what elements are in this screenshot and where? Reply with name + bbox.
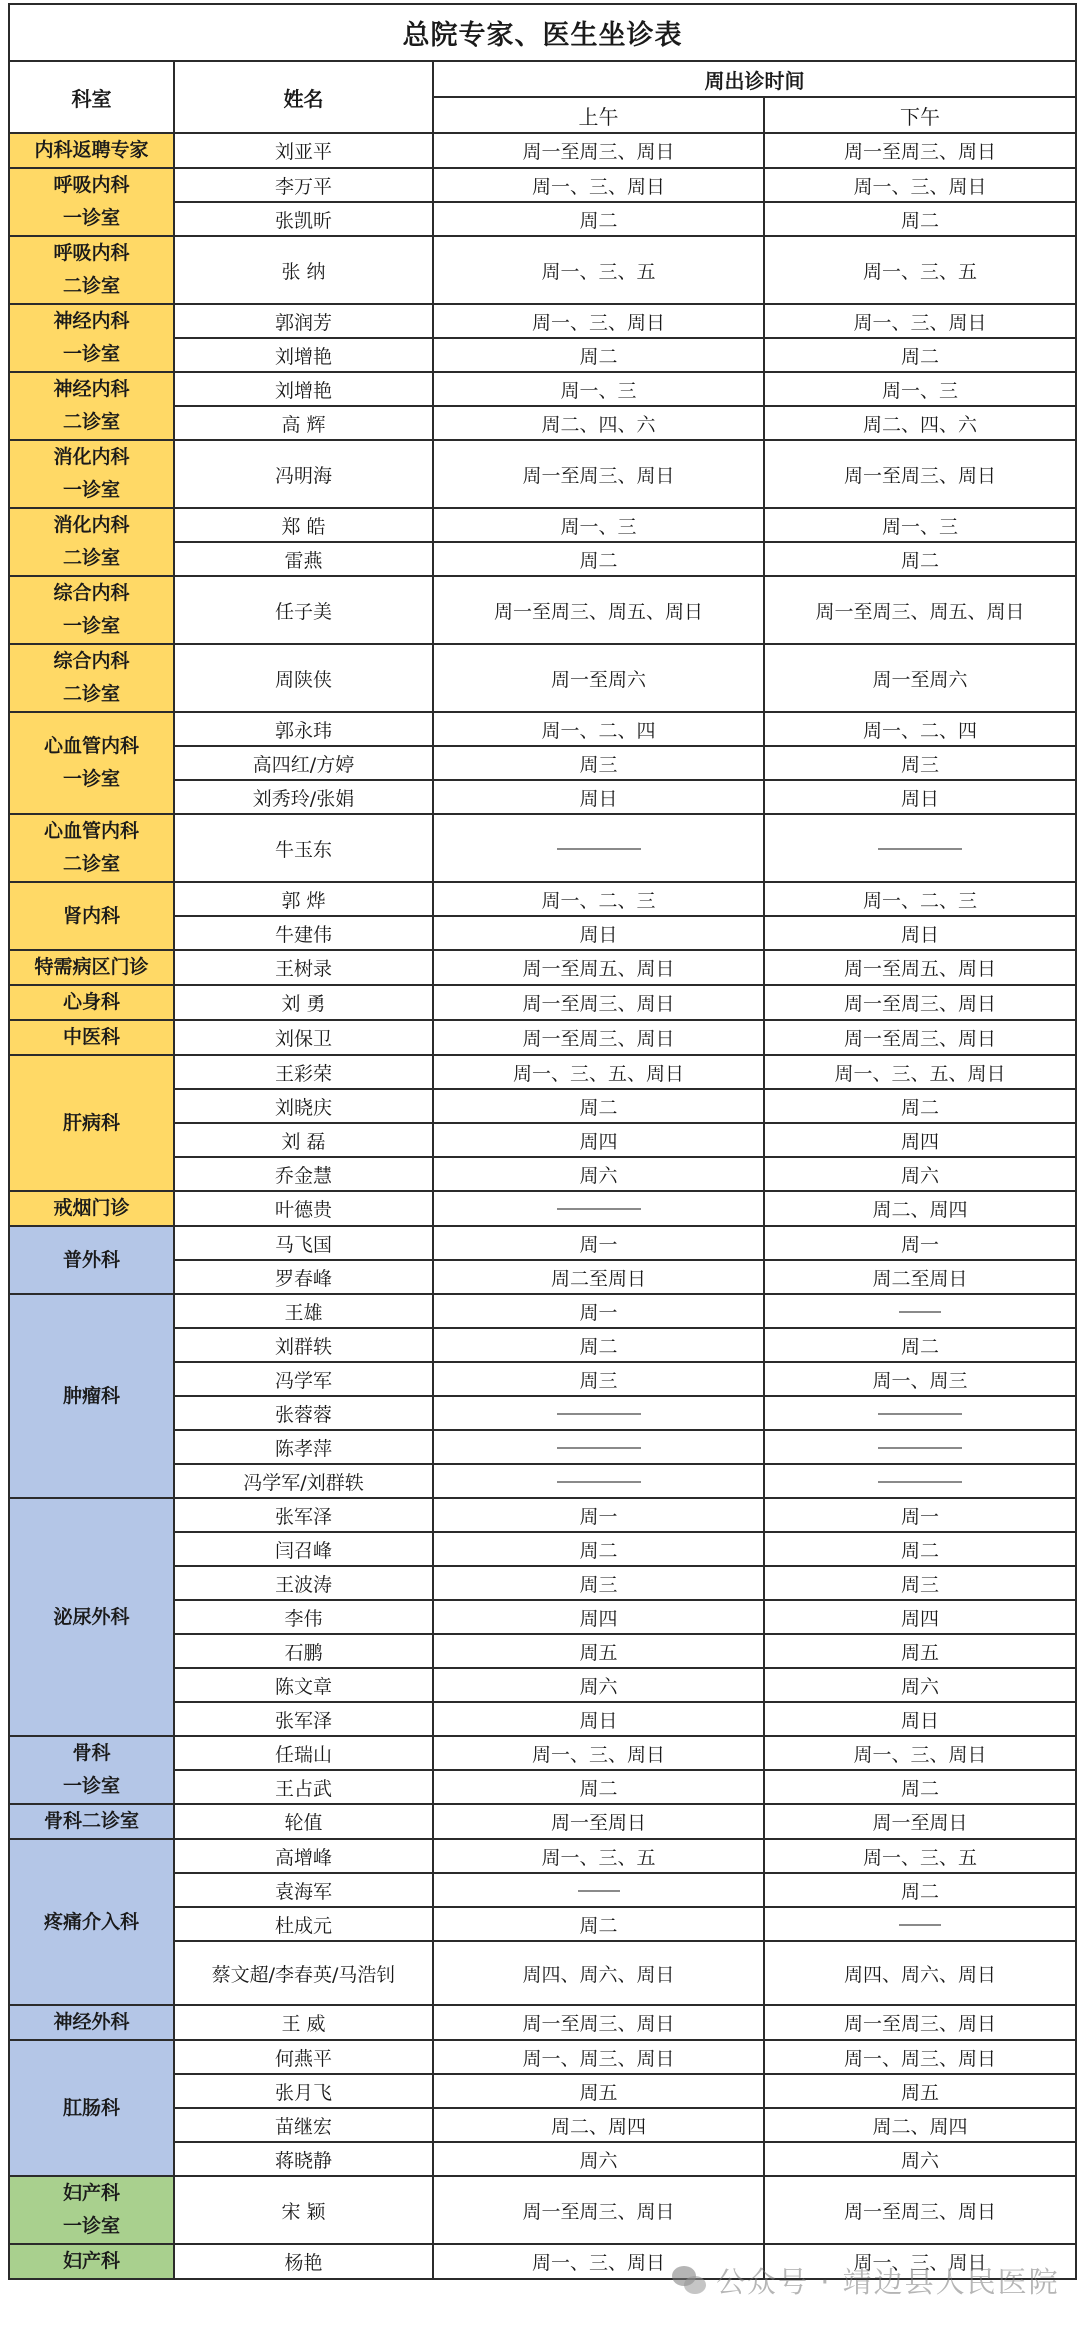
afternoon-schedule-cell: 周二 — [764, 1328, 1076, 1362]
table-row: 肿瘤科王雄周一 — [9, 1294, 1076, 1328]
schedule-text: 周一、周三、周日 — [844, 2048, 996, 2070]
schedule-text: 周二、周四 — [872, 2116, 967, 2138]
afternoon-schedule-cell: 周一 — [764, 1498, 1076, 1532]
schedule-text: 周三 — [579, 1370, 617, 1392]
dept-label-line: 戒烟门诊 — [12, 1192, 171, 1225]
afternoon-schedule-cell: 周三 — [764, 746, 1076, 780]
table-row: 心血管内科二诊室牛玉东 — [9, 814, 1076, 882]
no-clinic-dash — [557, 1447, 641, 1449]
doctor-name: 王雄 — [284, 1302, 322, 1324]
table-row: 神经外科王 威周一至周三、周日周一至周三、周日 — [9, 2005, 1076, 2040]
morning-schedule-cell: 周一至周三、周日 — [433, 985, 764, 1020]
afternoon-schedule-cell: 周二 — [764, 202, 1076, 236]
doctor-name: 郭永玮 — [275, 720, 332, 742]
morning-schedule-cell: 周一至周三、周五、周日 — [433, 576, 764, 644]
doctor-name: 罗春峰 — [275, 1268, 332, 1290]
doctor-name: 蒋晓静 — [275, 2150, 332, 2172]
morning-schedule-cell: 周四 — [433, 1123, 764, 1157]
doctor-name-cell: 苗继宏 — [174, 2108, 433, 2142]
doctor-name-cell: 李伟 — [174, 1600, 433, 1634]
afternoon-schedule-cell: 周四、周六、周日 — [764, 1941, 1076, 2005]
morning-schedule-cell — [433, 1191, 764, 1226]
morning-schedule-cell: 周五 — [433, 2074, 764, 2108]
morning-schedule-cell: 周一、三、五 — [433, 1839, 764, 1873]
no-clinic-dash — [878, 1447, 962, 1449]
morning-schedule-cell: 周二、周四 — [433, 2108, 764, 2142]
morning-schedule-cell: 周日 — [433, 780, 764, 814]
afternoon-schedule-cell: 周六 — [764, 2142, 1076, 2176]
dept-cell: 呼吸内科一诊室 — [9, 168, 174, 236]
doctor-name: 郭 烨 — [281, 890, 325, 912]
afternoon-schedule-cell: 周二 — [764, 1873, 1076, 1907]
schedule-text: 周五 — [579, 1642, 617, 1664]
dept-label-line: 普外科 — [12, 1244, 171, 1277]
schedule-text: 周二 — [579, 346, 617, 368]
doctor-name: 张凯昕 — [275, 210, 332, 232]
doctor-name-cell: 周陕侠 — [174, 644, 433, 712]
morning-schedule-cell: 周一 — [433, 1226, 764, 1260]
afternoon-schedule-cell: 周一、三、周日 — [764, 168, 1076, 202]
schedule-text: 周二 — [901, 1540, 939, 1562]
schedule-text: 周二至周日 — [872, 1268, 967, 1290]
schedule-text: 周二 — [579, 1540, 617, 1562]
morning-schedule-cell: 周一至周六 — [433, 644, 764, 712]
dept-cell: 消化内科二诊室 — [9, 508, 174, 576]
doctor-name: 宋 颖 — [281, 2201, 325, 2223]
dept-cell: 心血管内科一诊室 — [9, 712, 174, 814]
doctor-name: 任瑞山 — [275, 1744, 332, 1766]
morning-schedule-cell — [433, 1396, 764, 1430]
schedule-text: 周一、三、周日 — [853, 2252, 986, 2274]
morning-schedule-cell: 周二、四、六 — [433, 406, 764, 440]
table-row: 骨科一诊室任瑞山周一、三、周日周一、三、周日 — [9, 1736, 1076, 1770]
dept-label-line: 一诊室 — [12, 2210, 171, 2243]
dept-label-line: 二诊室 — [12, 678, 171, 711]
doctor-name-cell: 王波涛 — [174, 1566, 433, 1600]
doctor-name-cell: 杨艳 — [174, 2244, 433, 2279]
doctor-name-cell: 陈孝萍 — [174, 1430, 433, 1464]
no-clinic-dash — [878, 1481, 962, 1483]
afternoon-schedule-cell: 周一至周三、周日 — [764, 133, 1076, 168]
doctor-name-cell: 郭永玮 — [174, 712, 433, 746]
doctor-name-cell: 张蓉蓉 — [174, 1396, 433, 1430]
afternoon-schedule-cell: 周一、三、五 — [764, 236, 1076, 304]
doctor-name-cell: 刘 勇 — [174, 985, 433, 1020]
dept-cell: 肾内科 — [9, 882, 174, 950]
doctor-name-cell: 刘 磊 — [174, 1123, 433, 1157]
schedule-text: 周一至周三、周日 — [844, 2201, 996, 2223]
doctor-name: 刘 磊 — [281, 1131, 325, 1153]
dept-label-line: 二诊室 — [12, 542, 171, 575]
doctor-name: 刘群轶 — [275, 1336, 332, 1358]
dept-label-line: 肾内科 — [12, 900, 171, 933]
doctor-name: 张蓉蓉 — [275, 1404, 332, 1426]
morning-schedule-cell: 周日 — [433, 916, 764, 950]
afternoon-schedule-cell: 周一至周三、周五、周日 — [764, 576, 1076, 644]
afternoon-schedule-cell: 周一、三 — [764, 372, 1076, 406]
afternoon-schedule-cell — [764, 1430, 1076, 1464]
morning-schedule-cell — [433, 814, 764, 882]
doctor-name: 乔金慧 — [275, 1165, 332, 1187]
table-row: 内科返聘专家刘亚平周一至周三、周日周一至周三、周日 — [9, 133, 1076, 168]
table-row: 肾内科郭 烨周一、二、三周一、二、三 — [9, 882, 1076, 916]
dept-label-line: 呼吸内科 — [12, 237, 171, 270]
dept-cell: 特需病区门诊 — [9, 950, 174, 985]
dept-label-line: 骨科二诊室 — [12, 1805, 171, 1838]
no-clinic-dash — [557, 1413, 641, 1415]
morning-schedule-cell: 周四、周六、周日 — [433, 1941, 764, 2005]
table-row: 普外科马飞国周一周一 — [9, 1226, 1076, 1260]
afternoon-schedule-cell: 周一、三、周日 — [764, 1736, 1076, 1770]
doctor-name-cell: 张月飞 — [174, 2074, 433, 2108]
morning-schedule-cell: 周一至周日 — [433, 1804, 764, 1839]
morning-schedule-cell: 周一、三、周日 — [433, 2244, 764, 2279]
dept-label-line: 二诊室 — [12, 270, 171, 303]
afternoon-schedule-cell: 周一 — [764, 1226, 1076, 1260]
dept-label-line: 肿瘤科 — [12, 1380, 171, 1413]
morning-schedule-cell: 周一、三、周日 — [433, 168, 764, 202]
table-row: 神经内科二诊室刘增艳周一、三周一、三 — [9, 372, 1076, 406]
morning-schedule-cell: 周一至周三、周日 — [433, 133, 764, 168]
morning-schedule-cell — [433, 1430, 764, 1464]
afternoon-schedule-cell: 周六 — [764, 1157, 1076, 1191]
schedule-text: 周一至周三、周日 — [844, 465, 996, 487]
doctor-name-cell: 轮值 — [174, 1804, 433, 1839]
dept-label-line: 妇产科 — [12, 2245, 171, 2278]
schedule-text: 周三 — [901, 1574, 939, 1596]
dept-label-line: 特需病区门诊 — [12, 951, 171, 984]
doctor-name-cell: 郑 皓 — [174, 508, 433, 542]
doctor-name: 刘增艳 — [275, 346, 332, 368]
afternoon-schedule-cell: 周一至周三、周日 — [764, 2005, 1076, 2040]
afternoon-schedule-cell: 周一、三 — [764, 508, 1076, 542]
schedule-text: 周一、三 — [560, 516, 636, 538]
schedule-text: 周一、三 — [560, 380, 636, 402]
afternoon-schedule-cell — [764, 1464, 1076, 1498]
schedule-text: 周一至周六 — [872, 669, 967, 691]
dept-label-line: 神经内科 — [12, 373, 171, 406]
dept-label-line: 一诊室 — [12, 202, 171, 235]
table-row: 综合内科二诊室周陕侠周一至周六周一至周六 — [9, 644, 1076, 712]
doctor-name-cell: 冯明海 — [174, 440, 433, 508]
page-title: 总院专家、医生坐诊表 — [9, 4, 1076, 61]
no-clinic-dash — [578, 1890, 620, 1892]
morning-schedule-cell: 周二 — [433, 1328, 764, 1362]
schedule-text: 周六 — [579, 1676, 617, 1698]
afternoon-schedule-cell: 周一、三、五 — [764, 1839, 1076, 1873]
dept-label-line: 心血管内科 — [12, 815, 171, 848]
doctor-name: 王波涛 — [275, 1574, 332, 1596]
dept-label-line: 综合内科 — [12, 645, 171, 678]
dept-cell: 疼痛介入科 — [9, 1839, 174, 2005]
dept-label-line: 呼吸内科 — [12, 169, 171, 202]
doctor-name-cell: 王占武 — [174, 1770, 433, 1804]
no-clinic-dash — [878, 848, 962, 850]
schedule-text: 周一、三、周日 — [532, 2252, 665, 2274]
afternoon-schedule-cell: 周二、周四 — [764, 1191, 1076, 1226]
schedule-text: 周日 — [901, 788, 939, 810]
dept-label-line: 二诊室 — [12, 848, 171, 881]
dept-cell: 综合内科二诊室 — [9, 644, 174, 712]
schedule-text: 周一至周三、周五、周日 — [815, 601, 1024, 623]
morning-schedule-cell: 周一、二、四 — [433, 712, 764, 746]
doctor-name: 高四红/方婷 — [253, 754, 354, 776]
dept-cell: 心身科 — [9, 985, 174, 1020]
afternoon-schedule-cell: 周二 — [764, 542, 1076, 576]
doctor-name: 陈孝萍 — [275, 1438, 332, 1460]
schedule-text: 周一、三、周日 — [532, 312, 665, 334]
dept-label-line: 泌尿外科 — [12, 1601, 171, 1634]
morning-schedule-cell: 周一、三 — [433, 372, 764, 406]
afternoon-schedule-cell: 周三 — [764, 1566, 1076, 1600]
doctor-name: 苗继宏 — [275, 2116, 332, 2138]
schedule-text: 周四 — [901, 1131, 939, 1153]
doctor-name: 闫召峰 — [275, 1540, 332, 1562]
schedule-text: 周一、三、五、周日 — [513, 1063, 684, 1085]
dept-label-line: 神经内科 — [12, 305, 171, 338]
dept-label-line: 骨科 — [12, 1737, 171, 1770]
doctor-name: 高 辉 — [281, 414, 325, 436]
doctor-name-cell: 刘晓庆 — [174, 1089, 433, 1123]
morning-schedule-cell — [433, 1464, 764, 1498]
doctor-name-cell: 罗春峰 — [174, 1260, 433, 1294]
column-header-weekly: 周出诊时间 — [433, 61, 1076, 97]
morning-schedule-cell: 周一至周三、周日 — [433, 440, 764, 508]
afternoon-schedule-cell: 周一至周日 — [764, 1804, 1076, 1839]
schedule-text: 周四 — [579, 1131, 617, 1153]
dept-label-line: 疼痛介入科 — [12, 1906, 171, 1939]
morning-schedule-cell: 周一 — [433, 1294, 764, 1328]
doctor-name: 冯学军/刘群轶 — [243, 1472, 363, 1494]
morning-schedule-cell: 周四 — [433, 1600, 764, 1634]
dept-cell: 内科返聘专家 — [9, 133, 174, 168]
schedule-text: 周一至周五、周日 — [844, 958, 996, 980]
schedule-text: 周四、周六、周日 — [844, 1964, 996, 1986]
doctor-name: 雷燕 — [284, 550, 322, 572]
schedule-text: 周一、周三 — [872, 1370, 967, 1392]
afternoon-schedule-cell — [764, 1294, 1076, 1328]
schedule-text: 周二 — [579, 550, 617, 572]
morning-schedule-cell: 周三 — [433, 746, 764, 780]
doctor-name-cell: 任瑞山 — [174, 1736, 433, 1770]
column-header-name: 姓名 — [174, 61, 433, 133]
schedule-text: 周日 — [901, 1710, 939, 1732]
dept-label-line: 中医科 — [12, 1021, 171, 1054]
schedule-text: 周二、四、六 — [541, 414, 655, 436]
morning-schedule-cell: 周二 — [433, 202, 764, 236]
schedule-text: 周二 — [579, 1097, 617, 1119]
afternoon-schedule-cell: 周二 — [764, 1770, 1076, 1804]
doctor-name-cell: 乔金慧 — [174, 1157, 433, 1191]
schedule-text: 周一、三、五、周日 — [834, 1063, 1005, 1085]
doctor-name: 刘增艳 — [275, 380, 332, 402]
table-row: 消化内科二诊室郑 皓周一、三周一、三 — [9, 508, 1076, 542]
morning-schedule-cell: 周一、三、周日 — [433, 1736, 764, 1770]
doctor-name: 何燕平 — [275, 2048, 332, 2070]
dept-label-line: 肝病科 — [12, 1107, 171, 1140]
doctor-name: 任子美 — [275, 601, 332, 623]
schedule-text: 周一至周三、周日 — [522, 2201, 674, 2223]
schedule-text: 周一、三、周日 — [853, 1744, 986, 1766]
afternoon-schedule-cell: 周二、周四 — [764, 2108, 1076, 2142]
afternoon-schedule-cell: 周日 — [764, 780, 1076, 814]
dept-cell: 肿瘤科 — [9, 1294, 174, 1498]
schedule-text: 周二 — [901, 1881, 939, 1903]
no-clinic-dash — [557, 1481, 641, 1483]
doctor-name-cell: 何燕平 — [174, 2040, 433, 2074]
doctor-name-cell: 高 辉 — [174, 406, 433, 440]
doctor-name: 刘晓庆 — [275, 1097, 332, 1119]
table-row: 中医科刘保卫周一至周三、周日周一至周三、周日 — [9, 1020, 1076, 1055]
morning-schedule-cell: 周二至周日 — [433, 1260, 764, 1294]
schedule-text: 周一至周六 — [551, 669, 646, 691]
schedule-text: 周四、周六、周日 — [522, 1964, 674, 1986]
schedule-text: 周一至周三、周日 — [844, 993, 996, 1015]
table-row: 特需病区门诊王树录周一至周五、周日周一至周五、周日 — [9, 950, 1076, 985]
doctor-name-cell: 刘增艳 — [174, 338, 433, 372]
morning-schedule-cell: 周一至周五、周日 — [433, 950, 764, 985]
doctor-name: 牛玉东 — [275, 839, 332, 861]
doctor-name-cell: 牛建伟 — [174, 916, 433, 950]
dept-label-line: 综合内科 — [12, 577, 171, 610]
doctor-name: 袁海军 — [275, 1881, 332, 1903]
doctor-name: 张军泽 — [275, 1710, 332, 1732]
schedule-text: 周一至周三、周日 — [522, 993, 674, 1015]
schedule-text: 周六 — [901, 2150, 939, 2172]
doctor-name: 张 纳 — [281, 261, 325, 283]
morning-schedule-cell — [433, 1873, 764, 1907]
schedule-text: 周一 — [901, 1234, 939, 1256]
doctor-name-cell: 王 威 — [174, 2005, 433, 2040]
dept-cell: 心血管内科二诊室 — [9, 814, 174, 882]
doctor-name: 冯明海 — [275, 465, 332, 487]
afternoon-schedule-cell — [764, 1907, 1076, 1941]
schedule-text: 周二 — [901, 1336, 939, 1358]
dept-cell: 泌尿外科 — [9, 1498, 174, 1736]
morning-schedule-cell: 周六 — [433, 1668, 764, 1702]
table-row: 骨科二诊室轮值周一至周日周一至周日 — [9, 1804, 1076, 1839]
dept-label-line: 一诊室 — [12, 610, 171, 643]
table-row: 疼痛介入科高增峰周一、三、五周一、三、五 — [9, 1839, 1076, 1873]
no-clinic-dash — [878, 1413, 962, 1415]
doctor-name: 冯学军 — [275, 1370, 332, 1392]
doctor-name-cell: 杜成元 — [174, 1907, 433, 1941]
schedule-text: 周六 — [901, 1165, 939, 1187]
column-header-pm: 下午 — [764, 97, 1076, 133]
doctor-name: 李万平 — [275, 176, 332, 198]
schedule-table: 总院专家、医生坐诊表 科室 姓名 周出诊时间 上午 下午 内科返聘专家刘亚平周一… — [8, 3, 1077, 2280]
morning-schedule-cell: 周一、三、五 — [433, 236, 764, 304]
doctor-name: 杨艳 — [284, 2252, 322, 2274]
schedule-text: 周一、二、三 — [863, 890, 977, 912]
doctor-name-cell: 任子美 — [174, 576, 433, 644]
schedule-text: 周一至周三、周五、周日 — [494, 601, 703, 623]
schedule-body: 内科返聘专家刘亚平周一至周三、周日周一至周三、周日呼吸内科一诊室李万平周一、三、… — [9, 133, 1076, 2279]
afternoon-schedule-cell: 周六 — [764, 1668, 1076, 1702]
doctor-name: 陈文章 — [275, 1676, 332, 1698]
table-row: 心血管内科一诊室郭永玮周一、二、四周一、二、四 — [9, 712, 1076, 746]
afternoon-schedule-cell: 周五 — [764, 2074, 1076, 2108]
doctor-name-cell: 马飞国 — [174, 1226, 433, 1260]
morning-schedule-cell: 周二 — [433, 542, 764, 576]
schedule-text: 周二、周四 — [551, 2116, 646, 2138]
doctor-name-cell: 郭润芳 — [174, 304, 433, 338]
column-header-am: 上午 — [433, 97, 764, 133]
doctor-name-cell: 刘秀玲/张娟 — [174, 780, 433, 814]
schedule-text: 周一 — [579, 1234, 617, 1256]
doctor-name-cell: 刘增艳 — [174, 372, 433, 406]
afternoon-schedule-cell: 周四 — [764, 1600, 1076, 1634]
schedule-text: 周二 — [579, 1778, 617, 1800]
afternoon-schedule-cell: 周一至周三、周日 — [764, 985, 1076, 1020]
doctor-name-cell: 冯学军 — [174, 1362, 433, 1396]
dept-cell: 妇产科一诊室 — [9, 2176, 174, 2244]
doctor-name-cell: 叶德贵 — [174, 1191, 433, 1226]
doctor-name-cell: 蒋晓静 — [174, 2142, 433, 2176]
doctor-name-cell: 高四红/方婷 — [174, 746, 433, 780]
schedule-text: 周二、四、六 — [863, 414, 977, 436]
dept-cell: 骨科一诊室 — [9, 1736, 174, 1804]
afternoon-schedule-cell: 周日 — [764, 1702, 1076, 1736]
schedule-text: 周一至周三、周日 — [522, 141, 674, 163]
schedule-text: 周三 — [901, 754, 939, 776]
schedule-text: 周六 — [901, 1676, 939, 1698]
doctor-name: 郭润芳 — [275, 312, 332, 334]
table-row: 戒烟门诊叶德贵周二、周四 — [9, 1191, 1076, 1226]
dept-label-line: 肛肠科 — [12, 2092, 171, 2125]
dept-cell: 神经内科二诊室 — [9, 372, 174, 440]
morning-schedule-cell: 周六 — [433, 1157, 764, 1191]
morning-schedule-cell: 周一至周三、周日 — [433, 1020, 764, 1055]
doctor-name-cell: 王雄 — [174, 1294, 433, 1328]
doctor-name-cell: 张 纳 — [174, 236, 433, 304]
schedule-text: 周一、二、四 — [863, 720, 977, 742]
morning-schedule-cell: 周日 — [433, 1702, 764, 1736]
doctor-name: 马飞国 — [275, 1234, 332, 1256]
morning-schedule-cell: 周一、二、三 — [433, 882, 764, 916]
morning-schedule-cell: 周一至周三、周日 — [433, 2005, 764, 2040]
doctor-name: 叶德贵 — [275, 1199, 332, 1221]
doctor-name: 周陕侠 — [275, 669, 332, 691]
table-row: 泌尿外科张军泽周一周一 — [9, 1498, 1076, 1532]
schedule-text: 周五 — [901, 2082, 939, 2104]
dept-label-line: 消化内科 — [12, 509, 171, 542]
morning-schedule-cell: 周一、周三、周日 — [433, 2040, 764, 2074]
morning-schedule-cell: 周三 — [433, 1566, 764, 1600]
afternoon-schedule-cell — [764, 814, 1076, 882]
table-row: 肛肠科何燕平周一、周三、周日周一、周三、周日 — [9, 2040, 1076, 2074]
dept-cell: 消化内科一诊室 — [9, 440, 174, 508]
afternoon-schedule-cell: 周一至周三、周日 — [764, 440, 1076, 508]
schedule-text: 周一、三、周日 — [532, 1744, 665, 1766]
dept-cell: 普外科 — [9, 1226, 174, 1294]
doctor-name: 李伟 — [284, 1608, 322, 1630]
schedule-text: 周二 — [901, 1097, 939, 1119]
afternoon-schedule-cell: 周一至周六 — [764, 644, 1076, 712]
doctor-name-cell: 闫召峰 — [174, 1532, 433, 1566]
doctor-name-cell: 高增峰 — [174, 1839, 433, 1873]
schedule-text: 周四 — [901, 1608, 939, 1630]
afternoon-schedule-cell: 周二至周日 — [764, 1260, 1076, 1294]
dept-cell: 综合内科一诊室 — [9, 576, 174, 644]
table-row: 妇产科一诊室宋 颖周一至周三、周日周一至周三、周日 — [9, 2176, 1076, 2244]
schedule-text: 周一、三、周日 — [853, 312, 986, 334]
schedule-text: 周六 — [579, 1165, 617, 1187]
doctor-name-cell: 张军泽 — [174, 1498, 433, 1532]
schedule-text: 周二 — [579, 1915, 617, 1937]
dept-label-line: 内科返聘专家 — [12, 134, 171, 167]
doctor-name: 牛建伟 — [275, 924, 332, 946]
